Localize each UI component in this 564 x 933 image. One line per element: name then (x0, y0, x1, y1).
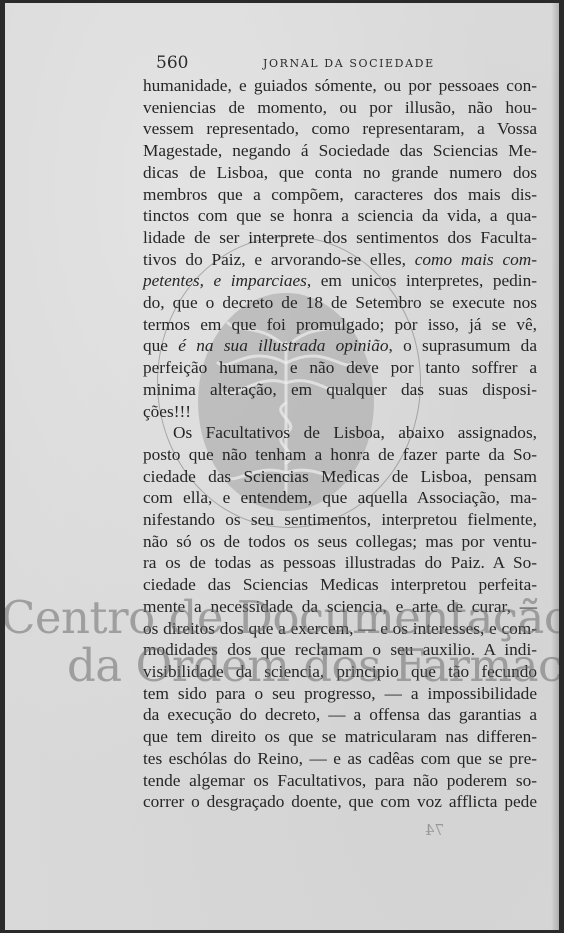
page-header: 560 JORNAL DA SOCIEDADE (156, 53, 536, 75)
text-line: humanidade, e guiados sómente, ou por pe… (143, 75, 537, 97)
text-line: veniencias de momento, ou por illusão, n… (143, 97, 537, 119)
italic-text-run: como mais com- (415, 250, 537, 269)
text-line: vessem representado, como representaram,… (143, 118, 537, 140)
show-through-text: 74 (425, 821, 444, 839)
text-line: tem sido para o seu progresso, — a impos… (143, 683, 537, 705)
text-line: tinctos com que se honra a sciencia da v… (143, 205, 537, 227)
text-line: perfeição humana, e não deve por tanto s… (143, 357, 537, 379)
text-line: mente a necessidade da sciencia, e arte … (143, 596, 537, 618)
text-run: tivos do Paiz, e arvorando-se elles, (143, 250, 415, 269)
text-line: lidade de ser interprete dos sentimentos… (143, 227, 537, 249)
text-line: tivos do Paiz, e arvorando-se elles, com… (143, 249, 537, 271)
text-line: petentes, e imparciaes, em unicos interp… (143, 270, 537, 292)
text-line: que é na sua illustrada opinião, o supra… (143, 335, 537, 357)
text-line: ções!!! (143, 401, 537, 423)
text-line: não só os de todos os seus collegas; mas… (143, 531, 537, 553)
text-run: , o suprasumum da (388, 336, 537, 355)
text-line: que tem direito os que se matricularam n… (143, 726, 537, 748)
text-line: correr o desgraçado doente, que com voz … (143, 791, 537, 813)
body-text: humanidade, e guiados sómente, ou por pe… (143, 75, 537, 813)
text-line: ciedade das Sciencias Medicas de Lisboa,… (143, 466, 537, 488)
text-line: da execução do decreto, — a offensa das … (143, 704, 537, 726)
page-number: 560 (156, 53, 188, 73)
text-line: posto que não tenham a honra de fazer pa… (143, 444, 537, 466)
text-line: dicas de Lisboa, que conta no grande num… (143, 162, 537, 184)
text-line: visibilidade da sciencia, principio que … (143, 661, 537, 683)
text-line: tende algemar os Facultativos, para não … (143, 770, 537, 792)
text-line: com ella, e entendem, que aquella Associ… (143, 487, 537, 509)
text-line: tes eschólas do Reino, — e as cadêas com… (143, 748, 537, 770)
paragraph-start-line: Os Facultativos de Lisboa, abaixo assign… (143, 422, 537, 444)
running-head: JORNAL DA SOCIEDADE (263, 57, 435, 70)
italic-text-run: é na sua illustrada opinião (178, 336, 388, 355)
text-line: modidades dos que reclamam o seu auxilio… (143, 639, 537, 661)
text-line: do, que o decreto de 18 de Setembro se e… (143, 292, 537, 314)
text-line: minima alteração, em qualquer das suas d… (143, 379, 537, 401)
scanned-page: 560 JORNAL DA SOCIEDADE humanidade, e gu… (5, 3, 559, 930)
text-run: , em unicos interpretes, pedin- (307, 271, 537, 290)
text-line: Magestade, negando á Sociedade das Scien… (143, 140, 537, 162)
text-line: membros que a compõem, caracteres dos ma… (143, 184, 537, 206)
text-line: termos em que foi promulgado; por isso, … (143, 314, 537, 336)
text-run: que (143, 336, 178, 355)
text-line: ciedade das Sciencias Medicas interpreto… (143, 574, 537, 596)
page-edge-shadow (551, 3, 559, 930)
text-line: ra os de todas as pessoas illustradas do… (143, 552, 537, 574)
text-line: os direitos dos que a exercem, — e os in… (143, 618, 537, 640)
italic-text-run: petentes, e imparciaes (143, 271, 307, 290)
text-line: nifestando os seu sentimentos, interpret… (143, 509, 537, 531)
